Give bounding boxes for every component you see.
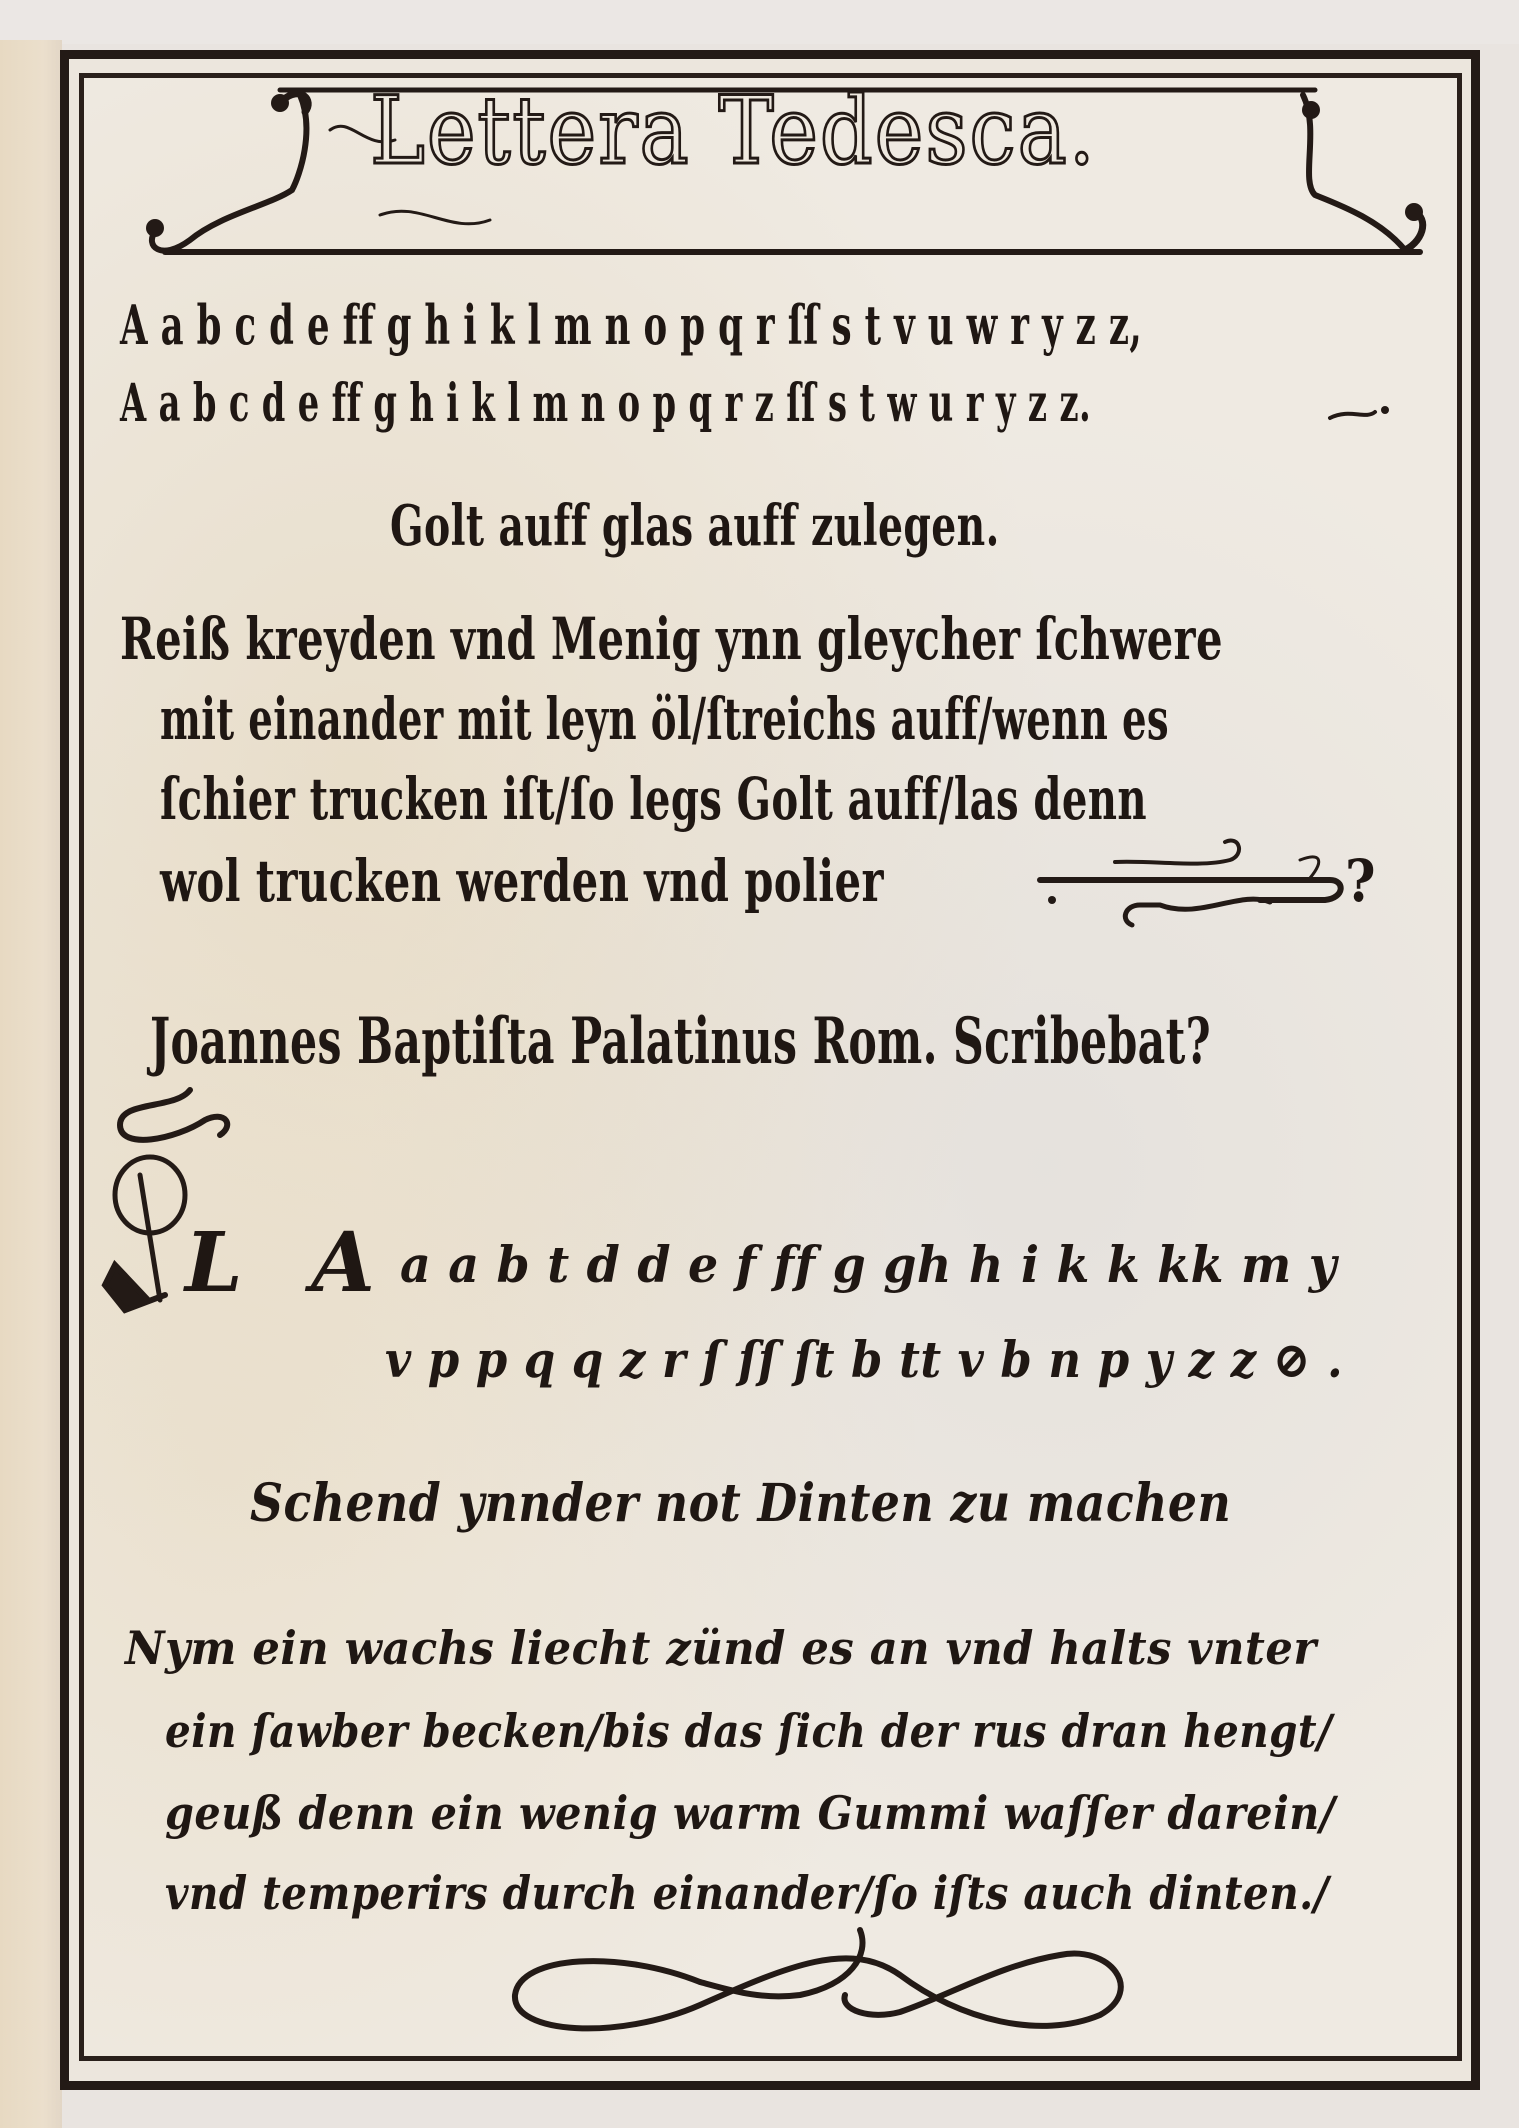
alphabet-row-2: A a b c d e ff g h i k l m n o p q r z ſ…	[120, 378, 1091, 430]
recipe-gold-heading: Golt auff glas auff zulegen.	[390, 498, 1000, 554]
signature-swash-icon	[120, 1090, 227, 1140]
recipe-ink-heading: Schend ynnder not Dinten zu machen	[250, 1478, 1231, 1530]
cursive-l-initial-icon	[105, 1157, 185, 1310]
bottom-flourish-icon	[515, 1930, 1121, 2028]
recipe-gold-line-1: Reiß kreyden vnd Menig ynn gleycher ſchw…	[120, 610, 1223, 668]
recipe-ink-line-4: vnd temperirs durch einander/ſo iſts auc…	[165, 1870, 1329, 1916]
page-title: Lettera Tedesca.	[370, 85, 1097, 179]
polier-flourish-icon	[1040, 841, 1341, 925]
recipe-ink-line-3: geuß denn ein wenig warm Gummi waſſer da…	[165, 1790, 1335, 1836]
recipe-ink-line-2: ein ſawber becken/bis das ſich der rus d…	[165, 1708, 1332, 1754]
cursive-alphabet-row-1: a a b t d d e f ff g gh h i k k kk m y	[400, 1240, 1337, 1290]
recipe-gold-line-4: wol trucken werden vnd polier	[160, 852, 884, 910]
recipe-gold-line-2: mit einander mit leyn öl/ſtreichs auff/w…	[160, 690, 1169, 748]
alphabet-end-flourish-icon	[1330, 406, 1389, 418]
cursive-alphabet-initials: L A	[185, 1222, 395, 1304]
recipe-gold-end-mark: ?	[1345, 852, 1376, 910]
cursive-alphabet-row-2: v p p q q z r ſ ſſ ſt b tt v b n p y z z…	[385, 1335, 1343, 1385]
alphabet-row-1: A a b c d e ff g h i k l m n o p q r ſſ …	[120, 298, 1142, 352]
recipe-gold-line-3: ſchier trucken iſt/ſo legs Golt auff/las…	[160, 770, 1147, 828]
signature-line: Joannes Baptiſta Palatinus Rom. Scribeba…	[150, 1010, 1211, 1074]
recipe-ink-line-1: Nym ein wachs liecht zünd es an vnd halt…	[125, 1625, 1317, 1671]
